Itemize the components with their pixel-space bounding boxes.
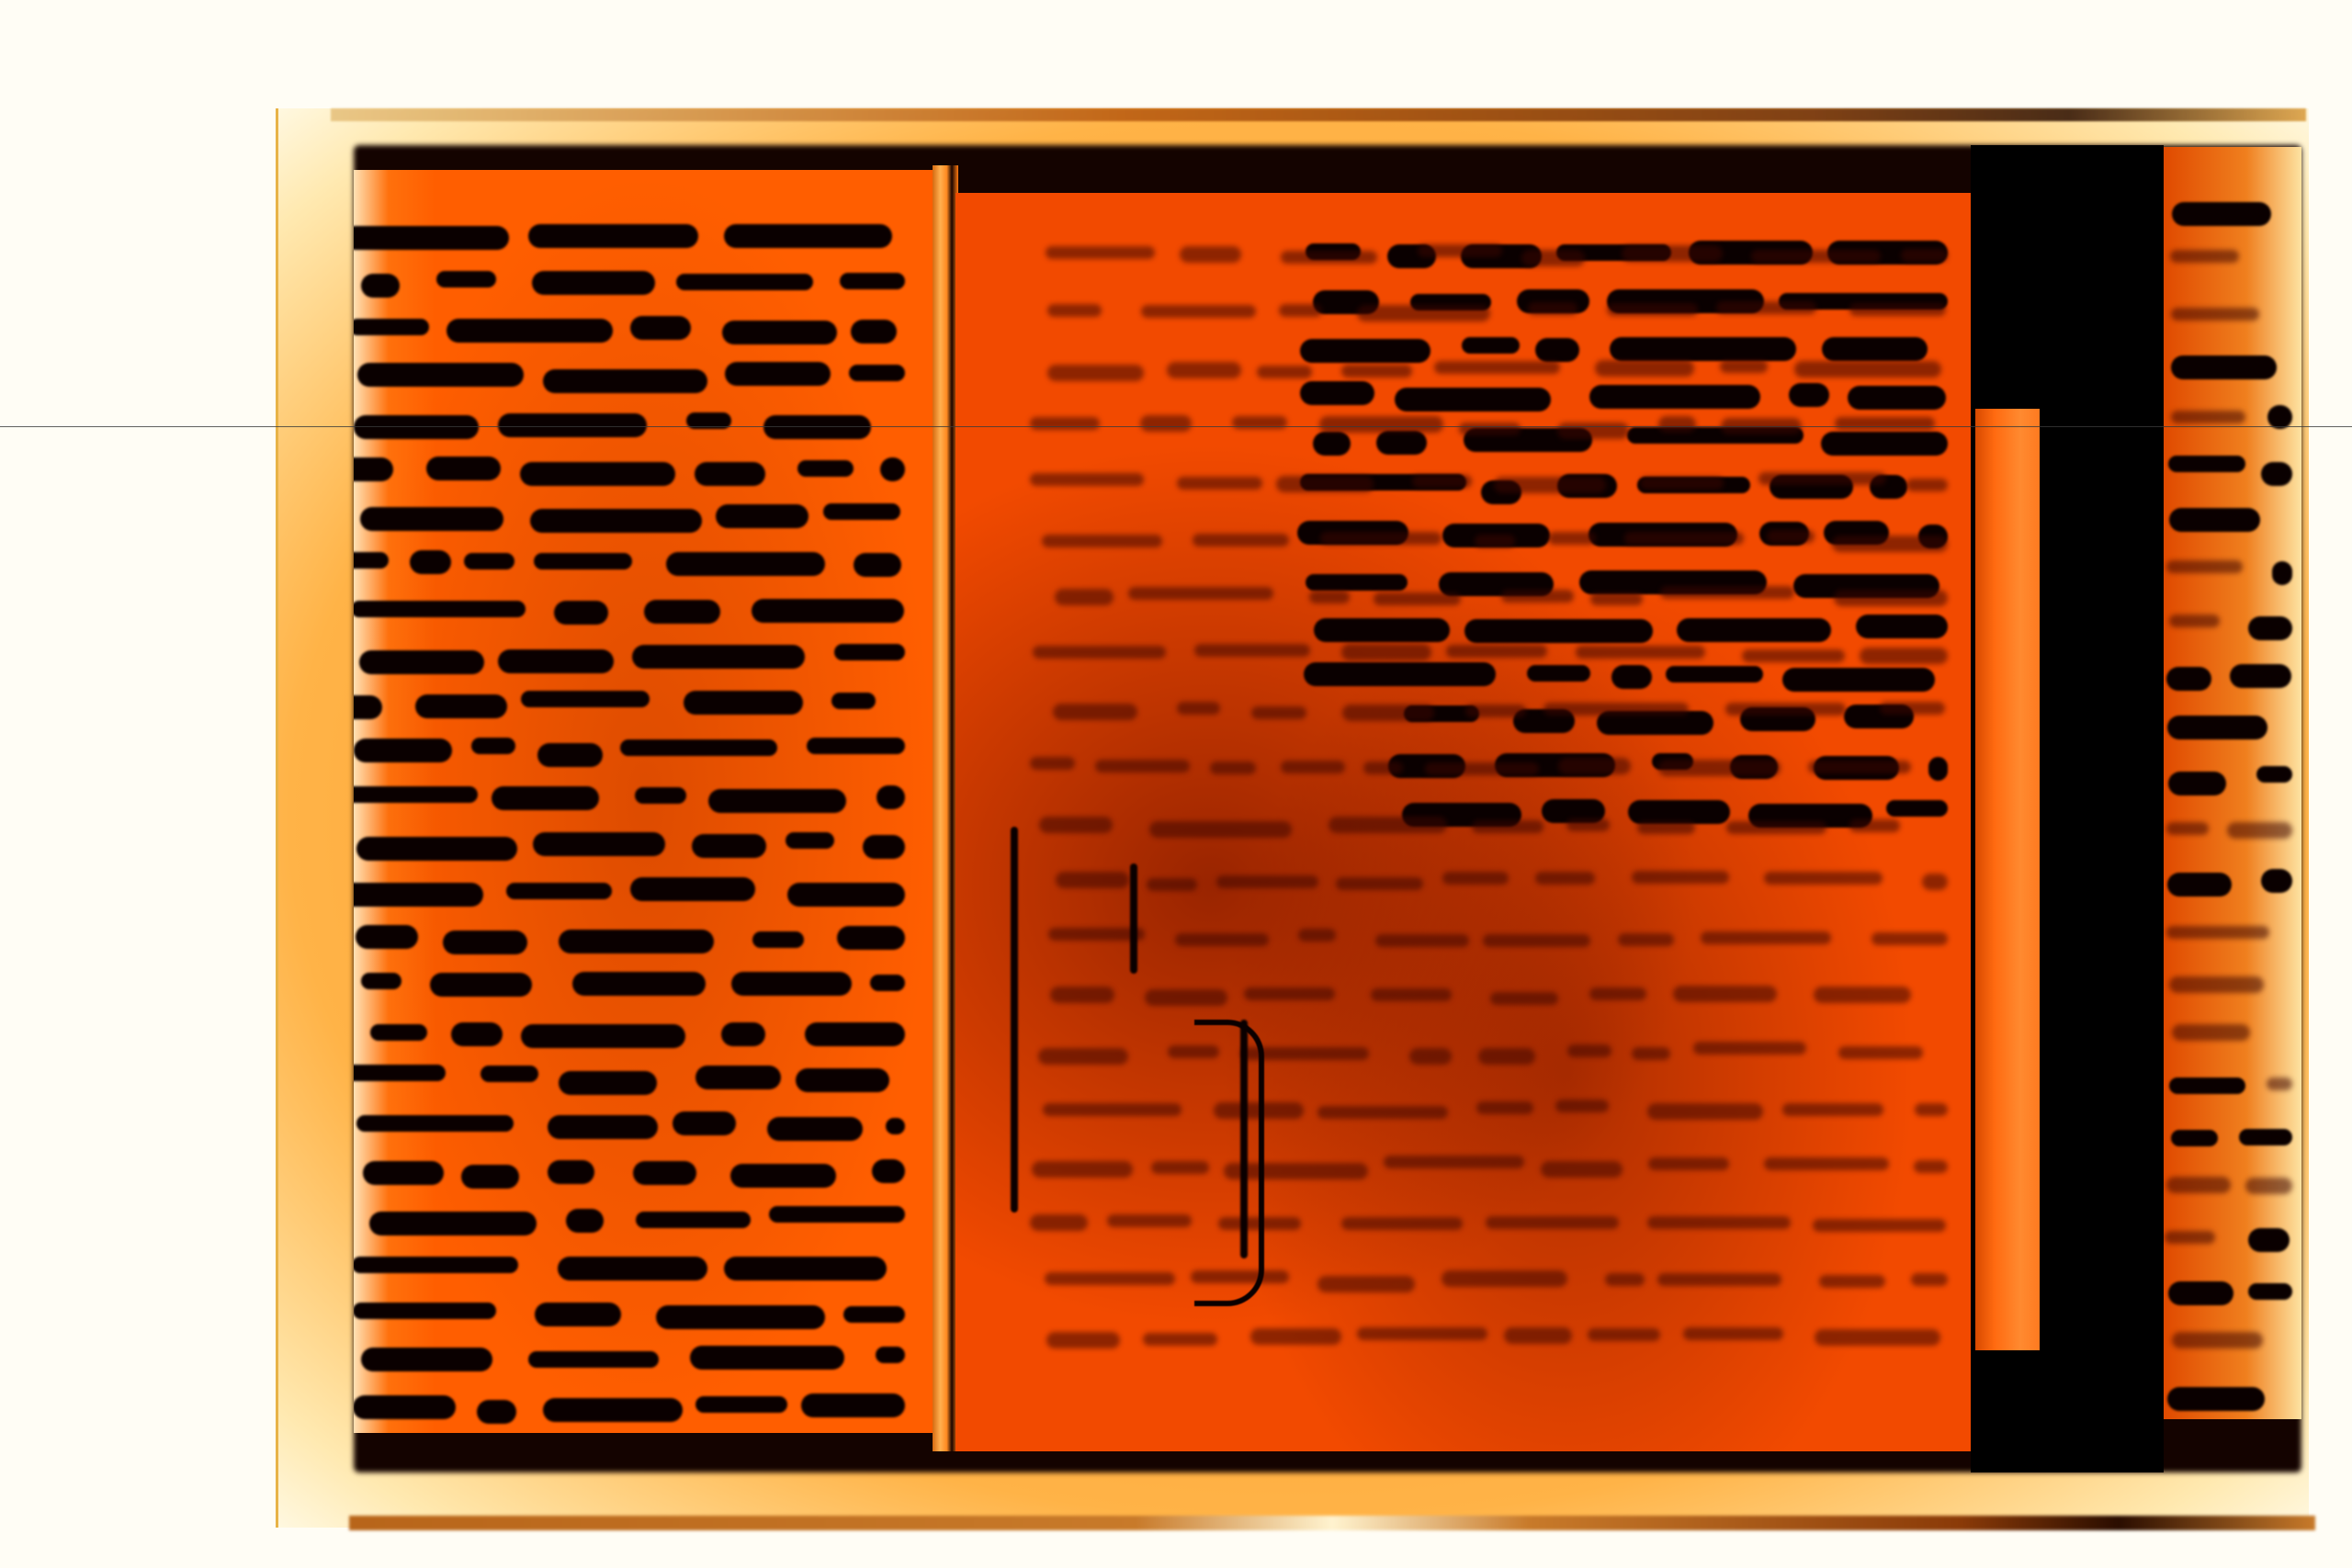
handwriting-stroke — [1409, 1048, 1452, 1065]
handwriting-stroke — [1576, 646, 1705, 659]
handwriting-stroke — [1244, 987, 1335, 1000]
handwriting-stroke — [769, 1206, 905, 1223]
handwriting-stroke — [1647, 1216, 1791, 1229]
handwriting-stroke — [1504, 1327, 1572, 1344]
handwriting-stroke — [1657, 1273, 1781, 1286]
handwriting-stroke — [1194, 644, 1310, 657]
handwriting-stroke — [554, 601, 608, 625]
handwriting-stroke — [1342, 705, 1434, 721]
handwriting-stroke — [1483, 934, 1590, 947]
handwriting-stroke — [1838, 1046, 1923, 1059]
handwriting-stroke — [1167, 362, 1241, 378]
handwriting-stroke — [1175, 933, 1270, 946]
handwriting-stroke — [354, 786, 478, 803]
handwriting-stroke — [370, 1024, 427, 1041]
handwriting-stroke — [1319, 416, 1443, 433]
handwriting-stroke — [1442, 872, 1509, 885]
handwriting-stroke — [837, 926, 905, 950]
handwriting-stroke — [1834, 590, 1948, 606]
handwriting-stroke — [1767, 530, 1815, 543]
handwriting-stroke — [1789, 383, 1829, 407]
handwriting-stroke — [1279, 304, 1322, 317]
handwriting-stroke — [1459, 423, 1521, 435]
handwriting-stroke — [1128, 587, 1274, 600]
handwriting-stroke — [354, 319, 429, 335]
handwriting-stroke — [863, 835, 905, 859]
handwriting-stroke — [666, 552, 825, 576]
handwriting-stroke — [1032, 1161, 1133, 1178]
handwriting-stroke — [690, 1346, 844, 1370]
handwriting-stroke — [644, 600, 720, 624]
handwriting-stroke — [2166, 822, 2209, 835]
handwriting-stroke — [1257, 366, 1312, 378]
handwriting-stroke — [1725, 703, 1846, 716]
handwriting-stroke — [2169, 615, 2221, 627]
handwriting-stroke — [1901, 249, 1948, 262]
handwriting-stroke — [558, 1257, 707, 1280]
handwriting-stroke — [1384, 1156, 1525, 1168]
handwriting-stroke — [876, 785, 905, 809]
center-page: Right manuscript page (main) — [955, 193, 1975, 1451]
handwriting-stroke — [2167, 716, 2268, 739]
handwriting-stroke — [1475, 535, 1514, 547]
book-gutter — [933, 165, 958, 1451]
handwriting-stroke — [1618, 933, 1674, 946]
handwriting-stroke — [1357, 1327, 1487, 1340]
handwriting-stroke — [1056, 872, 1129, 888]
handwriting-stroke — [2171, 1130, 2218, 1146]
handwriting-stroke — [870, 975, 905, 991]
handwriting-stroke — [1047, 304, 1102, 317]
handwriting-stroke — [1860, 648, 1948, 664]
handwriting-stroke — [1472, 820, 1543, 833]
handwriting-stroke — [1782, 668, 1935, 692]
handwriting-stroke — [1251, 706, 1306, 719]
handwriting-stroke — [1341, 1217, 1464, 1230]
handwriting-stroke — [1341, 365, 1412, 378]
handwriting-stroke — [1751, 250, 1882, 263]
handwriting-stroke — [2256, 766, 2292, 783]
handwriting-stroke — [722, 321, 837, 344]
handwriting-stroke — [676, 274, 813, 290]
handwriting-stroke — [543, 369, 708, 393]
handwriting-stroke — [2248, 616, 2292, 640]
handwriting-stroke — [356, 837, 517, 861]
handwriting-stroke — [426, 457, 501, 480]
handwriting-stroke — [1145, 989, 1227, 1006]
handwriting-stroke — [2166, 926, 2269, 939]
handwriting-stroke — [357, 363, 524, 387]
handwriting-stroke — [1813, 1219, 1947, 1232]
handwriting-stroke — [1329, 817, 1447, 833]
handwriting-stroke — [506, 883, 612, 899]
handwriting-stroke — [464, 553, 514, 570]
margin-annotation — [1130, 863, 1137, 974]
handwriting-stroke — [1053, 704, 1137, 720]
handwriting-stroke — [752, 599, 904, 623]
handwriting-stroke — [354, 1303, 496, 1319]
handwriting-stroke — [1317, 1106, 1448, 1119]
handwriting-stroke — [854, 553, 901, 577]
handwriting-stroke — [1658, 760, 1781, 776]
handwriting-stroke — [1693, 1042, 1805, 1055]
handwriting-stroke — [354, 415, 479, 439]
handwriting-stroke — [730, 1164, 837, 1188]
handwriting-stroke — [1673, 986, 1777, 1002]
handwriting-stroke — [1371, 988, 1453, 1001]
handwriting-stroke — [692, 834, 766, 858]
handwriting-stroke — [1589, 385, 1760, 409]
handwriting-stroke — [492, 786, 599, 810]
handwriting-stroke — [2239, 1129, 2292, 1145]
handwriting-stroke — [1030, 417, 1100, 430]
handwriting-stroke — [530, 509, 701, 533]
handwriting-stroke — [1624, 532, 1744, 545]
handwriting-stroke — [1555, 1100, 1609, 1112]
handwriting-stroke — [695, 1396, 787, 1413]
handwriting-stroke — [1794, 361, 1941, 378]
handwriting-stroke — [1320, 532, 1442, 545]
handwriting-stroke — [2230, 664, 2290, 688]
handwriting-stroke — [1658, 416, 1696, 433]
handwriting-stroke — [1336, 877, 1423, 890]
handwriting-stroke — [1566, 818, 1610, 831]
handwriting-stroke — [498, 649, 614, 673]
handwriting-stroke — [354, 739, 452, 762]
handwriting-stroke — [851, 320, 897, 344]
handwriting-stroke — [1660, 586, 1794, 599]
handwriting-stroke — [532, 271, 655, 295]
bottom-edge-strip — [349, 1516, 2315, 1530]
handwriting-stroke — [528, 1351, 659, 1368]
handwriting-stroke — [1180, 246, 1241, 263]
handwriting-stroke — [1720, 360, 1768, 373]
handwriting-stroke — [534, 553, 632, 570]
handwriting-stroke — [1030, 473, 1144, 486]
handwriting-stroke — [1815, 1329, 1940, 1346]
handwriting-stroke — [356, 1115, 514, 1132]
handwriting-stroke — [1637, 821, 1695, 834]
handwriting-stroke — [447, 319, 613, 343]
handwriting-stroke — [354, 457, 393, 481]
handwriting-stroke — [1376, 431, 1427, 455]
handwriting-stroke — [2261, 462, 2292, 486]
handwriting-stroke — [1434, 361, 1560, 374]
handwriting-stroke — [1914, 1160, 1948, 1173]
handwriting-stroke — [2168, 772, 2226, 795]
handwriting-stroke — [1764, 1157, 1890, 1170]
handwriting-stroke — [2227, 822, 2292, 839]
handwriting-stroke — [1095, 760, 1189, 773]
handwriting-stroke — [673, 1111, 736, 1135]
handwriting-stroke — [354, 1257, 518, 1273]
handwriting-stroke — [1701, 931, 1831, 944]
handwriting-stroke — [363, 1161, 443, 1185]
handwriting-stroke — [1442, 1270, 1566, 1287]
handwriting-stroke — [1465, 705, 1526, 717]
handwriting-stroke — [2166, 667, 2211, 691]
handwriting-stroke — [731, 972, 852, 996]
handwriting-stroke — [684, 691, 803, 715]
handwriting-stroke — [797, 460, 854, 477]
handwriting-stroke — [725, 362, 831, 386]
handwriting-stroke — [520, 462, 674, 486]
handwriting-stroke — [1210, 761, 1256, 774]
handwriting-stroke — [763, 415, 871, 439]
handwriting-stroke — [521, 691, 650, 707]
handwriting-stroke — [1147, 878, 1197, 891]
handwriting-stroke — [1605, 1273, 1645, 1286]
handwriting-stroke — [2245, 1178, 2292, 1194]
handwriting-stroke — [1906, 479, 1948, 491]
handwriting-stroke — [1446, 645, 1547, 658]
handwriting-stroke — [1535, 872, 1595, 885]
handwriting-stroke — [2167, 873, 2232, 897]
handwriting-stroke — [354, 883, 483, 907]
handwriting-stroke — [796, 1068, 888, 1092]
handwriting-stroke — [1177, 477, 1262, 490]
handwriting-stroke — [1558, 758, 1631, 774]
handwriting-stroke — [1819, 1275, 1885, 1288]
handwriting-stroke — [880, 457, 905, 481]
handwriting-stroke — [1541, 1161, 1623, 1178]
right-page-partial: Partially visible adjacent page — [2164, 147, 2301, 1419]
handwriting-stroke — [354, 1065, 446, 1081]
handwriting-stroke — [2169, 1077, 2245, 1094]
handwriting-stroke — [805, 1022, 905, 1046]
handwriting-stroke — [876, 1347, 905, 1363]
handwriting-stroke — [636, 1212, 751, 1228]
handwriting-stroke — [630, 316, 691, 340]
handwriting-stroke — [831, 693, 876, 709]
handwriting-stroke — [1832, 536, 1948, 552]
handwriting-stroke — [1808, 761, 1910, 773]
handwriting-stroke — [1494, 477, 1606, 493]
handwriting-stroke — [1317, 1276, 1414, 1292]
handwriting-stroke — [886, 1118, 905, 1134]
handwriting-stroke — [1363, 761, 1403, 774]
handwriting-stroke — [1648, 1157, 1729, 1170]
handwriting-stroke — [1640, 477, 1724, 490]
handwriting-stroke — [695, 462, 765, 486]
handwriting-stroke — [1611, 665, 1652, 689]
handwriting-stroke — [566, 1209, 604, 1233]
handwriting-stroke — [481, 1066, 538, 1082]
handwriting-stroke — [1462, 337, 1520, 354]
handwriting-stroke — [1666, 666, 1763, 682]
handwriting-stroke — [1911, 1273, 1948, 1286]
handwriting-stroke — [1595, 360, 1694, 377]
handwriting-stroke — [1758, 472, 1887, 485]
handwriting-stroke — [724, 224, 892, 248]
handwriting-stroke — [1141, 305, 1256, 318]
handwriting-stroke — [543, 1398, 683, 1422]
handwriting-stroke — [537, 743, 603, 767]
handwriting-stroke — [559, 1071, 657, 1095]
handwriting-stroke — [1476, 1101, 1533, 1114]
handwriting-stroke — [415, 694, 508, 718]
handwriting-stroke — [849, 365, 905, 381]
handwriting-stroke — [1922, 874, 1948, 890]
handwriting-stroke — [1232, 416, 1287, 429]
handwriting-stroke — [1548, 532, 1597, 545]
top-edge-strip — [331, 108, 2306, 121]
handwriting-stroke — [1490, 992, 1557, 1005]
handwriting-stroke — [721, 1022, 765, 1046]
handwriting-stroke — [656, 1305, 826, 1329]
handwriting-stroke — [1557, 423, 1629, 439]
handwriting-stroke — [1647, 1103, 1763, 1120]
handwriting-stroke — [2168, 1281, 2233, 1305]
handwriting-stroke — [1632, 1047, 1670, 1060]
handwriting-stroke — [1588, 1328, 1660, 1341]
handwriting-stroke — [752, 931, 805, 948]
handwriting-stroke — [2261, 869, 2292, 893]
handwriting-stroke — [1527, 665, 1590, 682]
handwriting-stroke — [2248, 1283, 2292, 1300]
margin-brace — [1194, 1020, 1264, 1306]
handwriting-stroke — [1193, 534, 1289, 547]
handwriting-stroke — [477, 1400, 516, 1424]
handwriting-stroke — [1055, 589, 1114, 605]
scan-line-artifact — [0, 426, 2352, 427]
handwriting-stroke — [1395, 388, 1551, 412]
handwriting-stroke — [1677, 618, 1831, 642]
handwriting-stroke — [430, 973, 533, 997]
handwriting-stroke — [786, 832, 834, 849]
handwriting-stroke — [1281, 251, 1377, 264]
handwriting-stroke — [1357, 305, 1489, 321]
handwriting-stroke — [2166, 1177, 2231, 1193]
handwriting-stroke — [620, 739, 778, 756]
handwriting-stroke — [630, 877, 755, 901]
handwriting-stroke — [767, 1117, 863, 1141]
handwriting-stroke — [1742, 649, 1845, 662]
handwriting-stroke — [361, 973, 401, 989]
handwriting-stroke — [1033, 646, 1167, 659]
handwriting-stroke — [1716, 301, 1816, 314]
handwriting-stroke — [1038, 1048, 1129, 1065]
handwriting-stroke — [1567, 1044, 1611, 1057]
handwriting-stroke — [2165, 1231, 2216, 1244]
handwriting-stroke — [635, 787, 685, 804]
handwriting-stroke — [1543, 703, 1688, 716]
handwriting-stroke — [843, 1306, 905, 1323]
handwriting-stroke — [1528, 302, 1577, 315]
handwriting-stroke — [2167, 1387, 2265, 1411]
handwriting-stroke — [1782, 1103, 1883, 1116]
handwriting-stroke — [1849, 303, 1946, 316]
handwriting-stroke — [2171, 411, 2245, 423]
handwriting-stroke — [1478, 1048, 1535, 1065]
handwriting-stroke — [528, 224, 697, 248]
handwriting-stroke — [1521, 250, 1585, 266]
handwriting-stroke — [633, 1161, 696, 1185]
handwriting-stroke — [360, 507, 503, 531]
handwriting-stroke — [354, 601, 526, 617]
handwriting-stroke — [1250, 1328, 1342, 1345]
handwriting-stroke — [1107, 1214, 1191, 1227]
handwriting-stroke — [1425, 762, 1539, 775]
handwriting-stroke — [1501, 590, 1575, 603]
handwriting-stroke — [2171, 355, 2277, 379]
handwriting-stroke — [1298, 929, 1336, 942]
handwriting-stroke — [471, 738, 516, 754]
handwriting-stroke — [1880, 702, 1945, 715]
handwriting-stroke — [1418, 244, 1502, 257]
handwriting-stroke — [1915, 1103, 1948, 1116]
handwriting-stroke — [1683, 1327, 1783, 1340]
handwriting-stroke — [1822, 337, 1928, 361]
handwriting-stroke — [1607, 303, 1698, 316]
handwriting-stroke — [801, 1393, 905, 1417]
handwriting-stroke — [354, 1395, 456, 1419]
handwriting-stroke — [359, 650, 484, 674]
handwriting-stroke — [1814, 987, 1912, 1003]
handwriting-stroke — [2168, 456, 2246, 472]
handwriting-stroke — [708, 789, 846, 813]
handwriting-stroke — [823, 503, 900, 520]
handwriting-stroke — [1216, 875, 1318, 888]
handwriting-stroke — [1821, 432, 1948, 456]
handwriting-stroke — [1149, 821, 1292, 838]
handwriting-stroke — [533, 832, 664, 856]
handwriting-stroke — [1610, 337, 1795, 361]
manuscript-photo: Left manuscript page Right manuscript pa… — [0, 0, 2352, 1568]
handwriting-stroke — [1314, 618, 1450, 642]
handwriting-stroke — [2172, 1332, 2262, 1348]
margin-annotation — [1011, 827, 1018, 1213]
handwriting-stroke — [2172, 1024, 2250, 1041]
handwriting-stroke — [1590, 592, 1643, 605]
paper-slip — [1975, 409, 2040, 1350]
handwriting-stroke — [2169, 976, 2264, 993]
handwriting-stroke — [1042, 535, 1162, 547]
handwriting-stroke — [1140, 415, 1192, 432]
handwriting-stroke — [872, 1159, 905, 1183]
handwriting-stroke — [451, 1022, 503, 1046]
handwriting-stroke — [1300, 339, 1431, 363]
handwriting-stroke — [834, 644, 905, 660]
handwriting-stroke — [1050, 987, 1114, 1003]
handwriting-stroke — [2166, 560, 2243, 573]
handwriting-stroke — [1047, 365, 1144, 381]
handwriting-stroke — [1835, 417, 1935, 430]
handwriting-stroke — [521, 1024, 684, 1048]
handwriting-stroke — [354, 695, 382, 719]
handwriting-stroke — [1764, 872, 1883, 885]
handwriting-stroke — [1300, 381, 1374, 405]
handwriting-stroke — [548, 1115, 658, 1139]
handwriting-stroke — [2248, 1228, 2290, 1252]
handwriting-stroke — [1622, 245, 1723, 262]
handwriting-stroke — [1886, 800, 1948, 817]
handwriting-stroke — [559, 930, 715, 953]
handwriting-stroke — [1177, 702, 1220, 715]
handwriting-stroke — [354, 226, 509, 250]
handwriting-stroke — [1143, 1333, 1217, 1346]
handwriting-stroke — [1304, 662, 1495, 686]
handwriting-stroke — [632, 645, 806, 669]
handwriting-stroke — [410, 550, 452, 574]
handwriting-stroke — [1726, 821, 1826, 834]
handwriting-stroke — [840, 273, 905, 289]
handwriting-stroke — [369, 1212, 537, 1235]
handwriting-stroke — [1046, 1332, 1121, 1348]
handwriting-stroke — [1276, 476, 1374, 492]
handwriting-stroke — [1928, 757, 1948, 781]
handwriting-stroke — [1313, 432, 1351, 456]
